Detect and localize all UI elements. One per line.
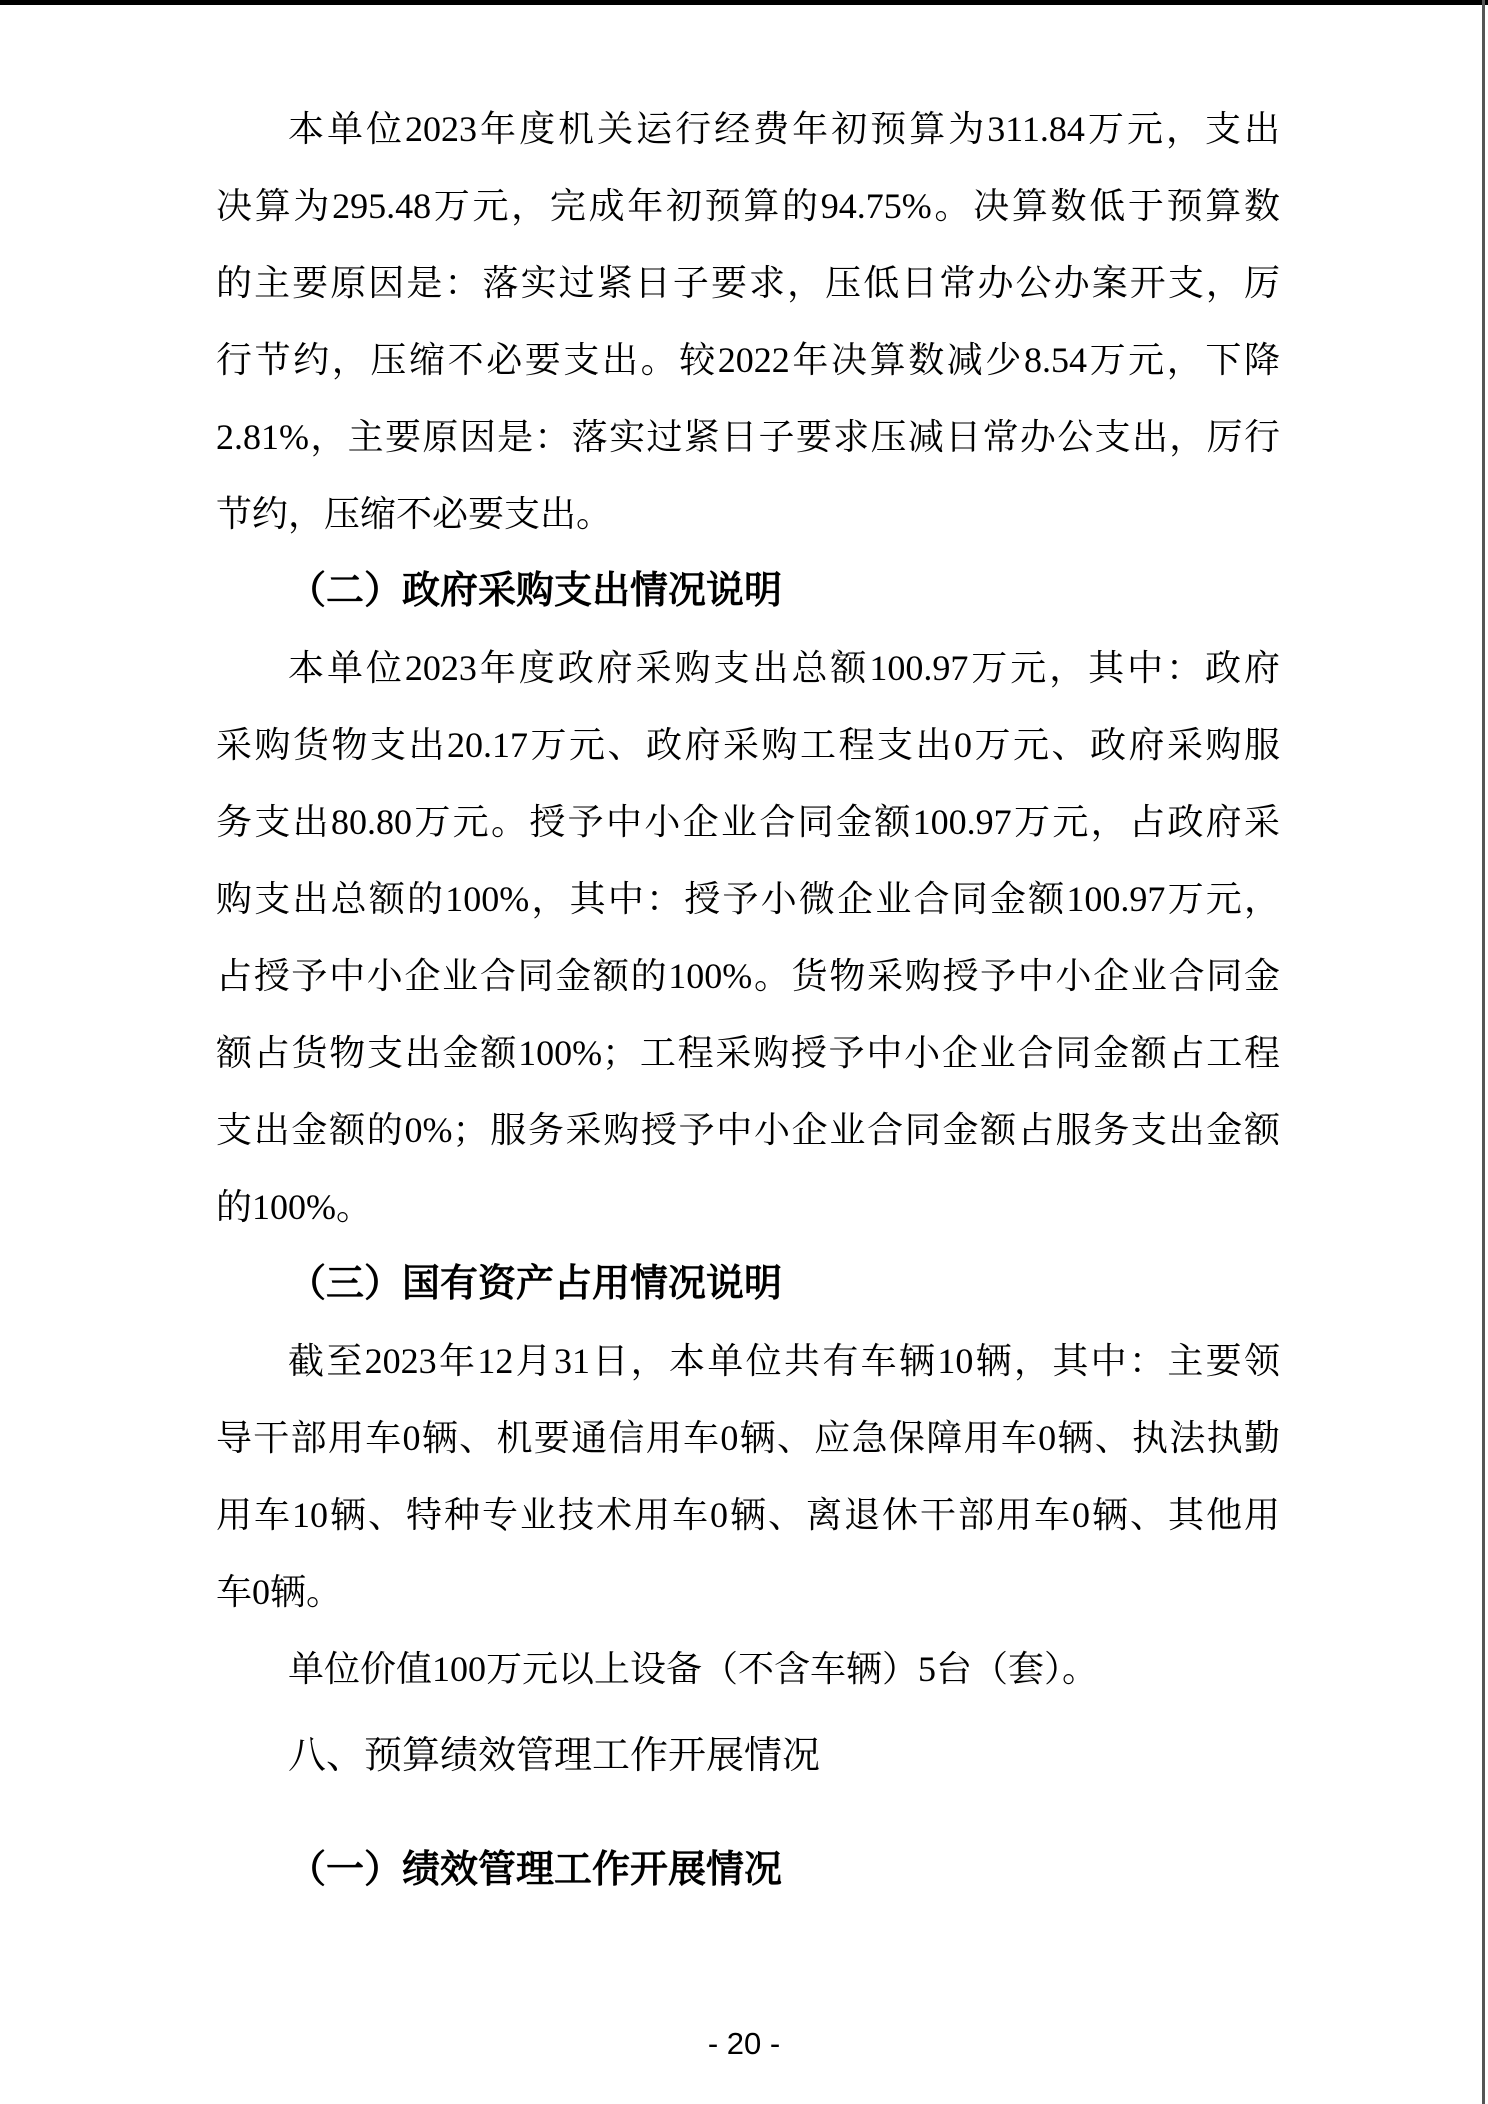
subsection-heading-performance-work: （一）绩效管理工作开展情况 xyxy=(216,1832,1280,1909)
body-text-line: 导干部用车0辆、机要通信用车0辆、应急保障用车0辆、执法执勤 xyxy=(216,1400,1280,1477)
body-text-line: 支出金额的0%；服务采购授予中小企业合同金额占服务支出金额 xyxy=(216,1092,1280,1169)
body-text-line: 的主要原因是：落实过紧日子要求，压低日常办公办案开支，厉 xyxy=(216,245,1280,322)
body-text-line: 行节约，压缩不必要支出。较2022年决算数减少8.54万元，下降 xyxy=(216,322,1280,399)
body-text-line: 2.81%，主要原因是：落实过紧日子要求压减日常办公支出，厉行 xyxy=(216,399,1280,476)
document-page: { "meta": { "text_color": "#000000", "pa… xyxy=(0,0,1488,2104)
body-text-line: 的100%。 xyxy=(216,1169,1280,1246)
body-text-line: 节约，压缩不必要支出。 xyxy=(216,476,1280,553)
body-text-line: 单位价值100万元以上设备（不含车辆）5台（套）。 xyxy=(216,1631,1280,1708)
document-body: 本单位2023年度机关运行经费年初预算为311.84万元，支出 决算为295.4… xyxy=(216,91,1280,1909)
page-edge-top xyxy=(0,0,1488,5)
body-text-line: 额占货物支出金额100%；工程采购授予中小企业合同金额占工程 xyxy=(216,1015,1280,1092)
body-text-line: 车0辆。 xyxy=(216,1554,1280,1631)
page-number: - 20 - xyxy=(0,2024,1488,2064)
chapter-heading-performance-management: 八、预算绩效管理工作开展情况 xyxy=(216,1718,1280,1795)
body-text-line: 本单位2023年度政府采购支出总额100.97万元，其中：政府 xyxy=(216,630,1280,707)
body-text-line: 购支出总额的100%，其中：授予小微企业合同金额100.97万元， xyxy=(216,861,1280,938)
body-text-line: 本单位2023年度机关运行经费年初预算为311.84万元，支出 xyxy=(216,91,1280,168)
body-text-line: 截至2023年12月31日，本单位共有车辆10辆，其中：主要领 xyxy=(216,1323,1280,1400)
section-heading-government-procurement: （二）政府采购支出情况说明 xyxy=(216,553,1280,630)
body-text-line: 占授予中小企业合同金额的100%。货物采购授予中小企业合同金 xyxy=(216,938,1280,1015)
body-text-line: 务支出80.80万元。授予中小企业合同金额100.97万元，占政府采 xyxy=(216,784,1280,861)
body-text-line: 用车10辆、特种专业技术用车0辆、离退休干部用车0辆、其他用 xyxy=(216,1477,1280,1554)
body-text-line: 决算为295.48万元，完成年初预算的94.75%。决算数低于预算数 xyxy=(216,168,1280,245)
body-text-line: 采购货物支出20.17万元、政府采购工程支出0万元、政府采购服 xyxy=(216,707,1280,784)
page-edge-right xyxy=(1482,0,1485,2104)
section-heading-state-assets: （三）国有资产占用情况说明 xyxy=(216,1246,1280,1323)
